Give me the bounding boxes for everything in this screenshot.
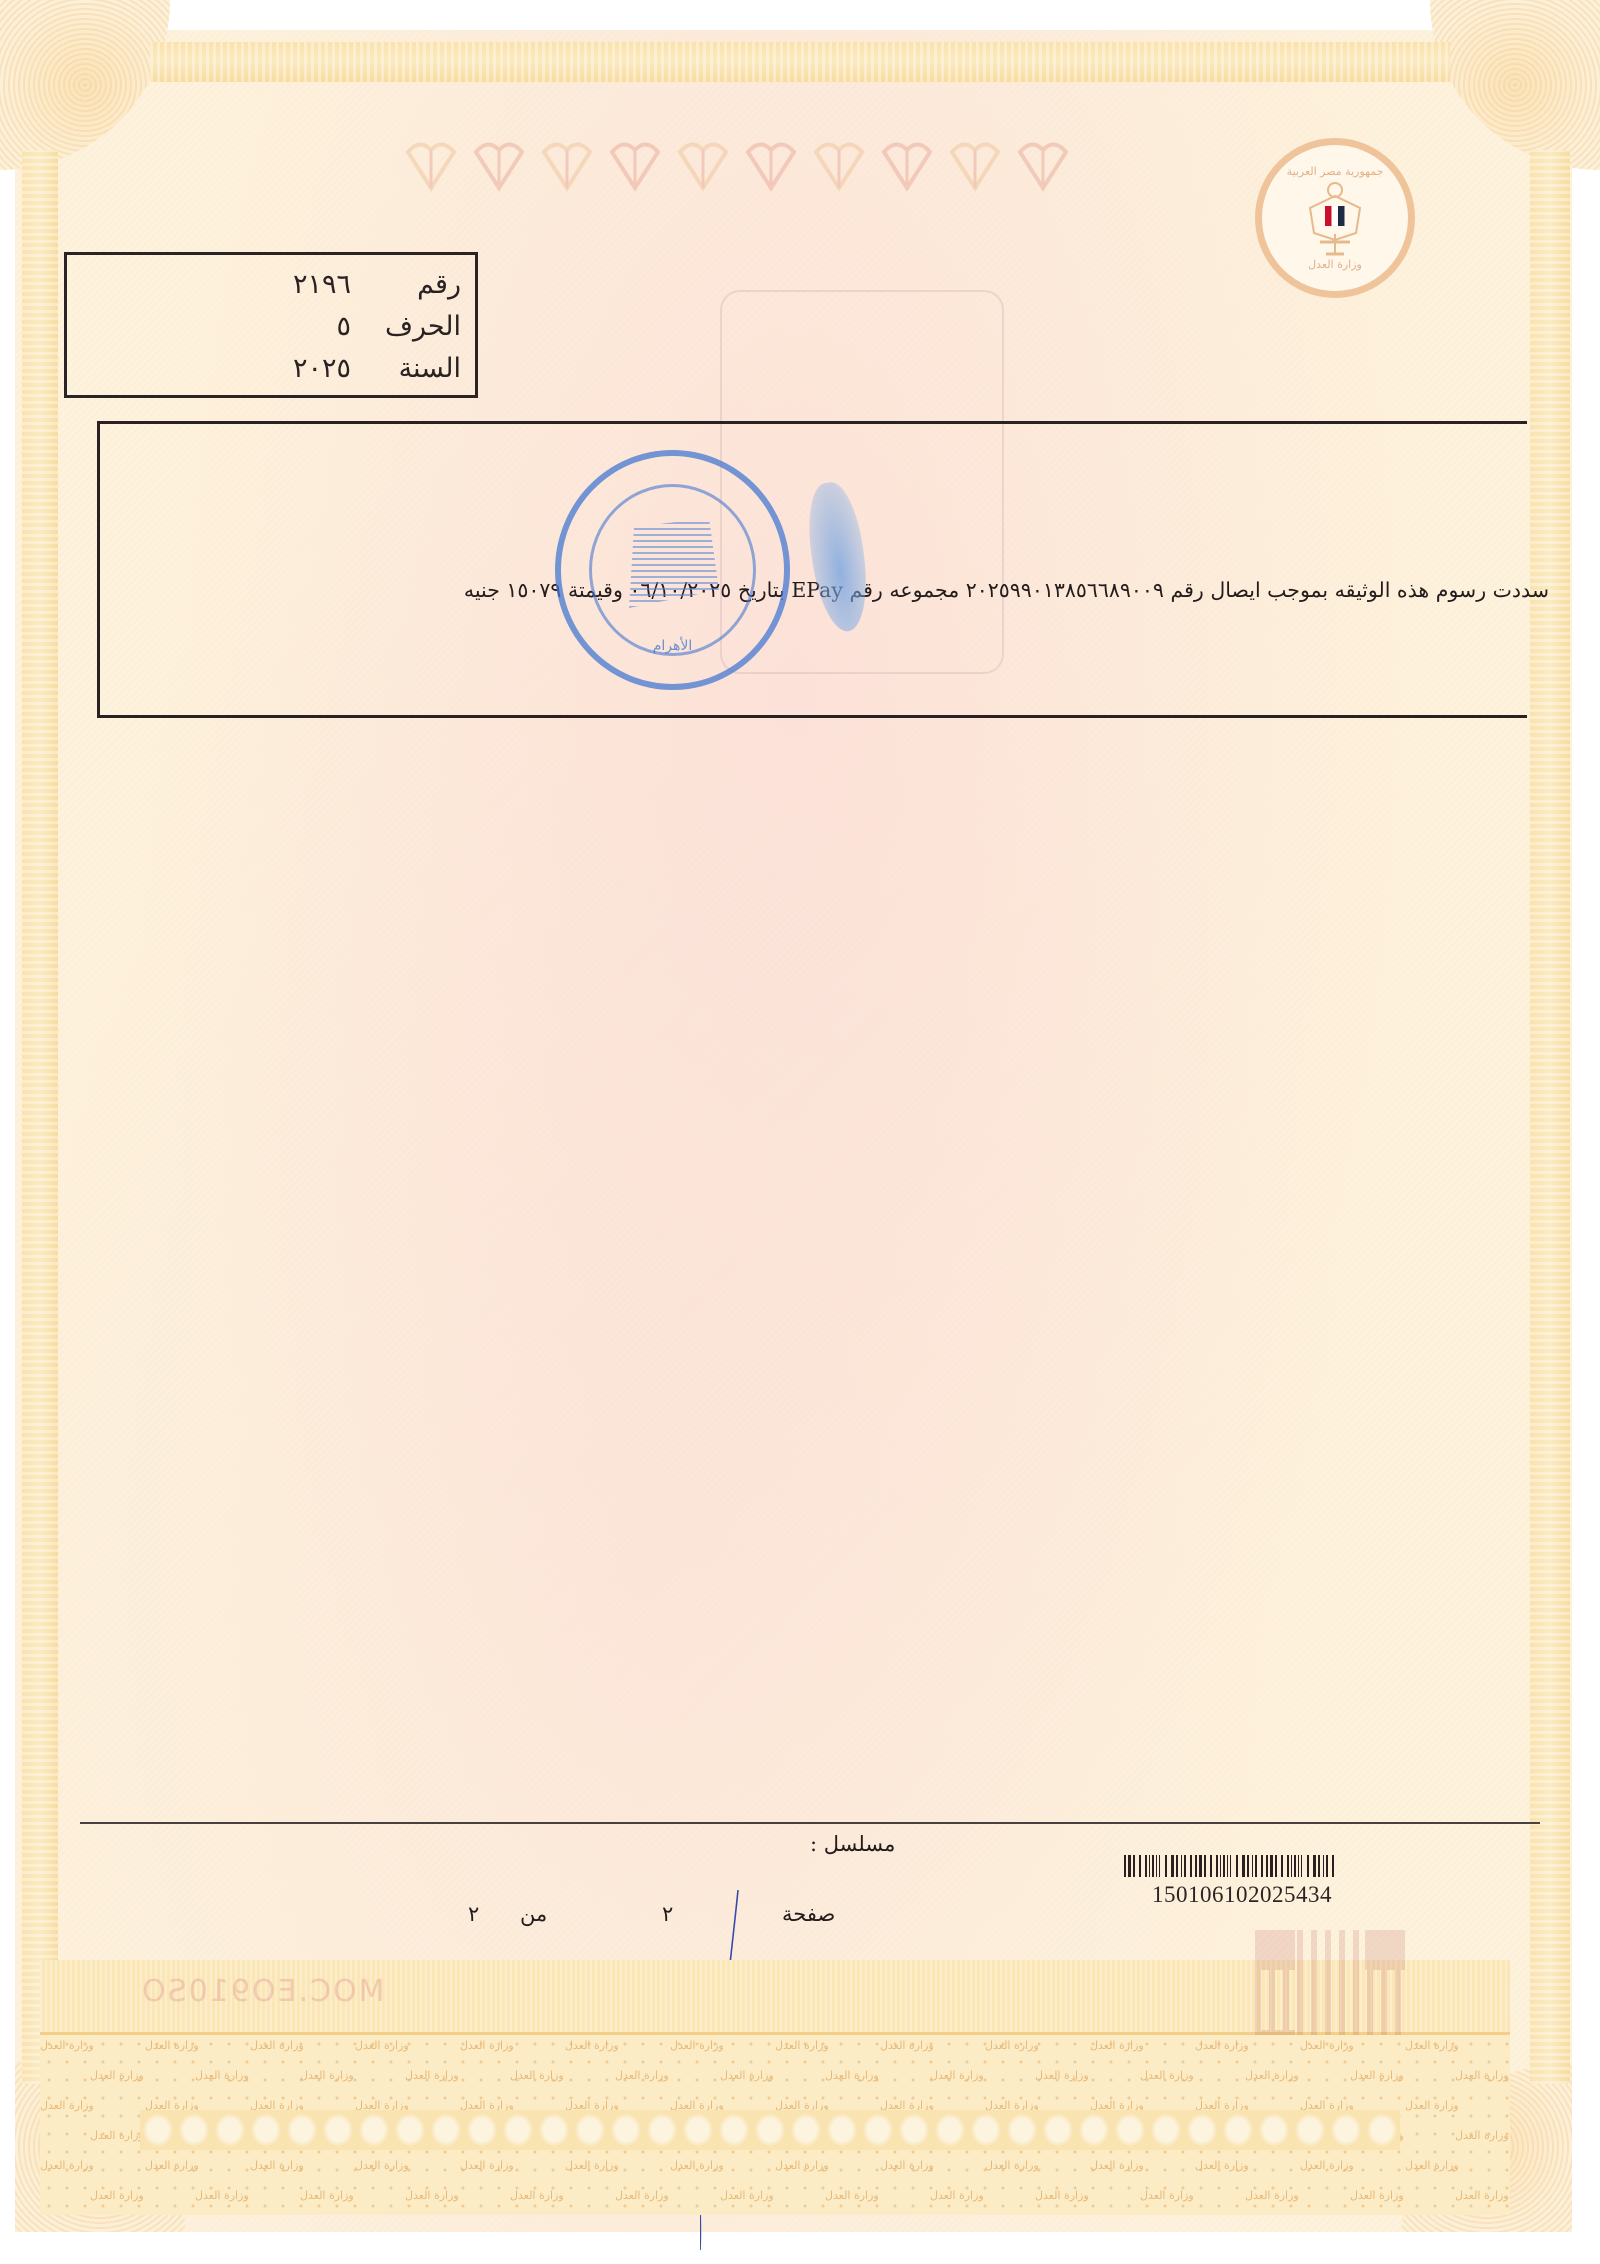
lotus-icon — [876, 130, 938, 192]
pattern-text: وزارة العدل — [1035, 2069, 1089, 2082]
pattern-text: وزارة العدل — [250, 2159, 304, 2172]
lotus-icon — [604, 130, 666, 192]
info-label: رقم — [351, 269, 461, 300]
pattern-text: وزارة العدل — [90, 2069, 144, 2082]
pattern-text: وزارة العدل — [985, 2159, 1039, 2172]
barcode — [1124, 1855, 1380, 1877]
pattern-text: وزارة العدل — [1300, 2159, 1354, 2172]
guilloche-band-top — [150, 42, 1450, 82]
fees-payment-box: سددت رسوم هذه الوثيقه بموجب ايصال رقم ٢٠… — [97, 421, 1527, 718]
pattern-text: وزارة العدل — [510, 2189, 564, 2202]
lotus-icon — [1012, 130, 1074, 192]
lotus-icon — [740, 130, 802, 192]
pattern-text: وزارة العدل — [775, 2039, 829, 2052]
pattern-text: وزارة العدل — [565, 2039, 619, 2052]
pattern-text: وزارة العدل — [40, 2099, 94, 2112]
pattern-text: وزارة العدل — [615, 2189, 669, 2202]
pattern-text: وزارة العدل — [615, 2069, 669, 2082]
emblem-bottom-text: وزارة العدل — [1308, 258, 1362, 271]
show-through-text: MOC.EO910SO — [140, 1974, 384, 2009]
page-label: صفحة — [782, 1902, 835, 1926]
pattern-text: وزارة العدل — [460, 2039, 514, 2052]
pattern-text: وزارة العدل — [1405, 2099, 1459, 2112]
pattern-text: وزارة العدل — [460, 2159, 514, 2172]
pattern-text: وزارة العدل — [145, 2039, 199, 2052]
pattern-text: وزارة العدل — [250, 2039, 304, 2052]
pattern-text: وزارة العدل — [405, 2069, 459, 2082]
lotus-border-decoration — [400, 130, 1100, 200]
pattern-text: وزارة العدل — [985, 2039, 1039, 2052]
info-row-year: السنة ٢٠٢٥ — [67, 347, 461, 389]
info-row-letter: الحرف ٥ — [67, 305, 461, 347]
pattern-text: وزارة العدل — [825, 2069, 879, 2082]
lotus-icon — [808, 130, 870, 192]
page-total: ٢ — [468, 1902, 479, 1926]
page-of-label: من — [520, 1902, 547, 1926]
guilloche-band-right — [1530, 150, 1570, 2084]
pattern-text: وزارة العدل — [195, 2189, 249, 2202]
footer-divider — [80, 1822, 1540, 1824]
official-seal-icon: الأهرام — [555, 450, 790, 690]
egypt-eagle-emblem-icon — [1300, 178, 1370, 258]
emblem-top-text: جمهورية مصر العربية — [1287, 165, 1384, 178]
pattern-text: وزارة العدل — [300, 2189, 354, 2202]
document-info-box: رقم ٢١٩٦ الحرف ٥ السنة ٢٠٢٥ — [64, 252, 478, 398]
pattern-text: وزارة العدل — [1350, 2069, 1404, 2082]
pattern-text: وزارة العدل — [1140, 2069, 1194, 2082]
pattern-text: وزارة العدل — [40, 2159, 94, 2172]
lotus-icon — [672, 130, 734, 192]
lotus-icon — [400, 130, 462, 192]
pattern-text: وزارة العدل — [1195, 2039, 1249, 2052]
info-value: ٥ — [201, 311, 351, 342]
pattern-text: وزارة العدل — [355, 2159, 409, 2172]
info-label: الحرف — [351, 311, 461, 342]
guilloche-band-left — [22, 150, 58, 2084]
pattern-text: وزارة العدل — [880, 2159, 934, 2172]
page-current: ٢ — [662, 1902, 673, 1926]
pattern-text: وزارة العدل — [1405, 2039, 1459, 2052]
pattern-text: وزارة العدل — [670, 2159, 724, 2172]
serial-label: مسلسل : — [810, 1832, 895, 1856]
pattern-text: وزارة العدل — [90, 2189, 144, 2202]
pattern-text: وزارة العدل — [40, 2039, 94, 2052]
pattern-text: وزارة العدل — [565, 2159, 619, 2172]
pattern-text: وزارة العدل — [880, 2039, 934, 2052]
pattern-text: وزارة العدل — [1300, 2039, 1354, 2052]
lotus-icon — [944, 130, 1006, 192]
pattern-text: وزارة العدل — [405, 2189, 459, 2202]
pattern-text: وزارة العدل — [1090, 2159, 1144, 2172]
lotus-icon — [536, 130, 598, 192]
pattern-text: وزارة العدل — [930, 2189, 984, 2202]
seal-text: الأهرام — [561, 638, 784, 654]
pattern-text: وزارة العدل — [720, 2069, 774, 2082]
barcode-number: 150106102025434 — [1152, 1882, 1332, 1908]
pattern-text: وزارة العدل — [1455, 2129, 1509, 2142]
pattern-text: وزارة العدل — [1245, 2189, 1299, 2202]
pattern-text: وزارة العدل — [1035, 2189, 1089, 2202]
pattern-text: وزارة العدل — [510, 2069, 564, 2082]
pattern-text: وزارة العدل — [1140, 2189, 1194, 2202]
pattern-text: وزارة العدل — [90, 2129, 144, 2142]
pattern-text: وزارة العدل — [1195, 2159, 1249, 2172]
pattern-text: وزارة العدل — [1090, 2039, 1144, 2052]
lotus-icon — [468, 130, 530, 192]
pattern-text: وزارة العدل — [1455, 2069, 1509, 2082]
guilloche-rope-band — [140, 2110, 1400, 2150]
info-label: السنة — [351, 353, 461, 384]
pattern-text: وزارة العدل — [355, 2039, 409, 2052]
pattern-text: وزارة العدل — [1455, 2189, 1509, 2202]
pattern-text: وزارة العدل — [145, 2159, 199, 2172]
pattern-text: وزارة العدل — [825, 2189, 879, 2202]
pattern-text: وزارة العدل — [720, 2189, 774, 2202]
pattern-text: وزارة العدل — [195, 2069, 249, 2082]
ministry-emblem: جمهورية مصر العربية وزارة العدل — [1255, 138, 1415, 298]
pattern-text: وزارة العدل — [1245, 2069, 1299, 2082]
info-value: ٢٠٢٥ — [201, 353, 351, 384]
pattern-text: وزارة العدل — [775, 2159, 829, 2172]
info-row-number: رقم ٢١٩٦ — [67, 263, 461, 305]
pattern-text: وزارة العدل — [1405, 2159, 1459, 2172]
pattern-text: وزارة العدل — [670, 2039, 724, 2052]
pattern-text: وزارة العدل — [930, 2069, 984, 2082]
pattern-text: وزارة العدل — [300, 2069, 354, 2082]
pattern-text: وزارة العدل — [1350, 2189, 1404, 2202]
info-value: ٢١٩٦ — [201, 269, 351, 300]
